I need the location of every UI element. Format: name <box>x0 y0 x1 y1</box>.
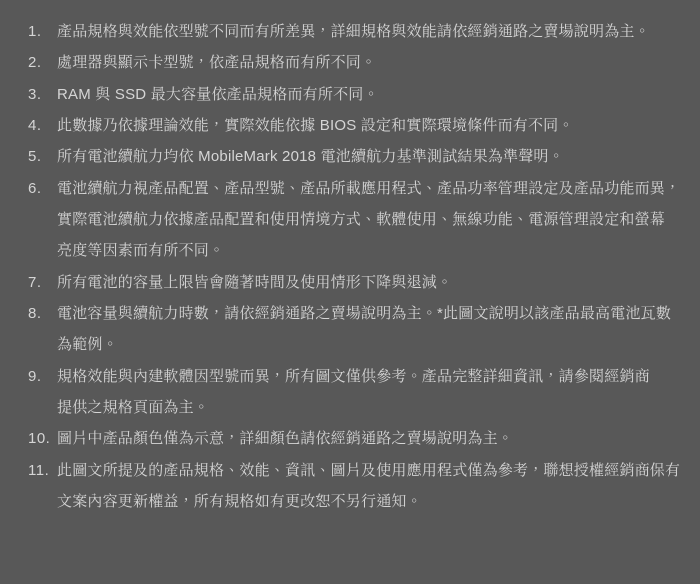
disclaimer-item: 8.電池容量與續航力時數，請依經銷通路之賣場說明為主。*此圖文說明以該產品最高電… <box>0 298 676 361</box>
item-number: 4. <box>28 110 42 141</box>
item-number: 5. <box>28 141 42 172</box>
item-text: 圖片中產品顏色僅為示意，詳細顏色請依經銷通路之賣場說明為主。 <box>57 423 676 454</box>
item-text-line: 圖片中產品顏色僅為示意，詳細顏色請依經銷通路之賣場說明為主。 <box>57 423 676 454</box>
item-text-line: 亮度等因素而有所不同。 <box>57 235 676 266</box>
item-text: 此圖文所提及的產品規格、效能、資訊、圖片及使用應用程式僅為參考，聯想授權經銷商保… <box>57 455 676 518</box>
disclaimer-item: 9.規格效能與內建軟體因型號而異，所有圖文僅供參考。產品完整詳細資訊，請參閱經銷… <box>0 361 676 424</box>
disclaimer-item: 10.圖片中產品顏色僅為示意，詳細顏色請依經銷通路之賣場說明為主。 <box>0 423 676 454</box>
item-text-line: 為範例。 <box>57 329 676 360</box>
item-number: 6. <box>28 173 42 204</box>
item-number: 10. <box>28 423 50 454</box>
disclaimer-item: 6.電池續航力視產品配置、產品型號、產品所載應用程式、產品功率管理設定及產品功能… <box>0 173 676 267</box>
disclaimer-item: 5.所有電池續航力均依 MobileMark 2018 電池續航力基準測試結果為… <box>0 141 676 172</box>
item-text-line: 電池續航力視產品配置、產品型號、產品所載應用程式、產品功率管理設定及產品功能而異… <box>57 173 676 204</box>
disclaimer-item: 1.產品規格與效能依型號不同而有所差異，詳細規格與效能請依經銷通路之賣場說明為主… <box>0 16 676 47</box>
item-number: 8. <box>28 298 42 329</box>
item-text-line: 提供之規格頁面為主。 <box>57 392 676 423</box>
item-text-line: 所有電池續航力均依 MobileMark 2018 電池續航力基準測試結果為準聲… <box>57 141 676 172</box>
item-number: 11. <box>28 455 49 486</box>
item-number: 7. <box>28 267 42 298</box>
item-text-line: 此數據乃依據理論效能，實際效能依據 BIOS 設定和實際環境條件而有不同。 <box>57 110 676 141</box>
item-text: 規格效能與內建軟體因型號而異，所有圖文僅供參考。產品完整詳細資訊，請參閱經銷商提… <box>57 361 676 424</box>
item-text: 所有電池續航力均依 MobileMark 2018 電池續航力基準測試結果為準聲… <box>57 141 676 172</box>
disclaimer-item: 4.此數據乃依據理論效能，實際效能依據 BIOS 設定和實際環境條件而有不同。 <box>0 110 676 141</box>
item-number: 1. <box>28 16 42 47</box>
item-text-line: 電池容量與續航力時數，請依經銷通路之賣場說明為主。*此圖文說明以該產品最高電池瓦… <box>57 298 676 329</box>
item-text-line: 實際電池續航力依據產品配置和使用情境方式、軟體使用、無線功能、電源管理設定和螢幕 <box>57 204 676 235</box>
item-number: 2. <box>28 47 42 78</box>
item-text-line: 此圖文所提及的產品規格、效能、資訊、圖片及使用應用程式僅為參考，聯想授權經銷商保… <box>57 455 676 486</box>
disclaimer-list: 1.產品規格與效能依型號不同而有所差異，詳細規格與效能請依經銷通路之賣場說明為主… <box>0 16 676 518</box>
item-number: 3. <box>28 79 42 110</box>
item-text: 電池續航力視產品配置、產品型號、產品所載應用程式、產品功率管理設定及產品功能而異… <box>57 173 676 267</box>
item-text: 所有電池的容量上限皆會隨著時間及使用情形下降與退減。 <box>57 267 676 298</box>
item-text-line: 產品規格與效能依型號不同而有所差異，詳細規格與效能請依經銷通路之賣場說明為主。 <box>57 16 676 47</box>
item-text-line: 處理器與顯示卡型號，依產品規格而有所不同。 <box>57 47 676 78</box>
item-text-line: RAM 與 SSD 最大容量依產品規格而有所不同。 <box>57 79 676 110</box>
item-text-line: 規格效能與內建軟體因型號而異，所有圖文僅供參考。產品完整詳細資訊，請參閱經銷商 <box>57 361 676 392</box>
disclaimer-page: 1.產品規格與效能依型號不同而有所差異，詳細規格與效能請依經銷通路之賣場說明為主… <box>0 0 700 584</box>
item-text-line: 文案內容更新權益，所有規格如有更改恕不另行通知。 <box>57 486 676 517</box>
disclaimer-item: 2.處理器與顯示卡型號，依產品規格而有所不同。 <box>0 47 676 78</box>
item-text: RAM 與 SSD 最大容量依產品規格而有所不同。 <box>57 79 676 110</box>
item-text: 電池容量與續航力時數，請依經銷通路之賣場說明為主。*此圖文說明以該產品最高電池瓦… <box>57 298 676 361</box>
item-text-line: 所有電池的容量上限皆會隨著時間及使用情形下降與退減。 <box>57 267 676 298</box>
item-number: 9. <box>28 361 42 392</box>
item-text: 此數據乃依據理論效能，實際效能依據 BIOS 設定和實際環境條件而有不同。 <box>57 110 676 141</box>
item-text: 處理器與顯示卡型號，依產品規格而有所不同。 <box>57 47 676 78</box>
disclaimer-item: 3.RAM 與 SSD 最大容量依產品規格而有所不同。 <box>0 79 676 110</box>
disclaimer-item: 11.此圖文所提及的產品規格、效能、資訊、圖片及使用應用程式僅為參考，聯想授權經… <box>0 455 676 518</box>
item-text: 產品規格與效能依型號不同而有所差異，詳細規格與效能請依經銷通路之賣場說明為主。 <box>57 16 676 47</box>
disclaimer-item: 7.所有電池的容量上限皆會隨著時間及使用情形下降與退減。 <box>0 267 676 298</box>
